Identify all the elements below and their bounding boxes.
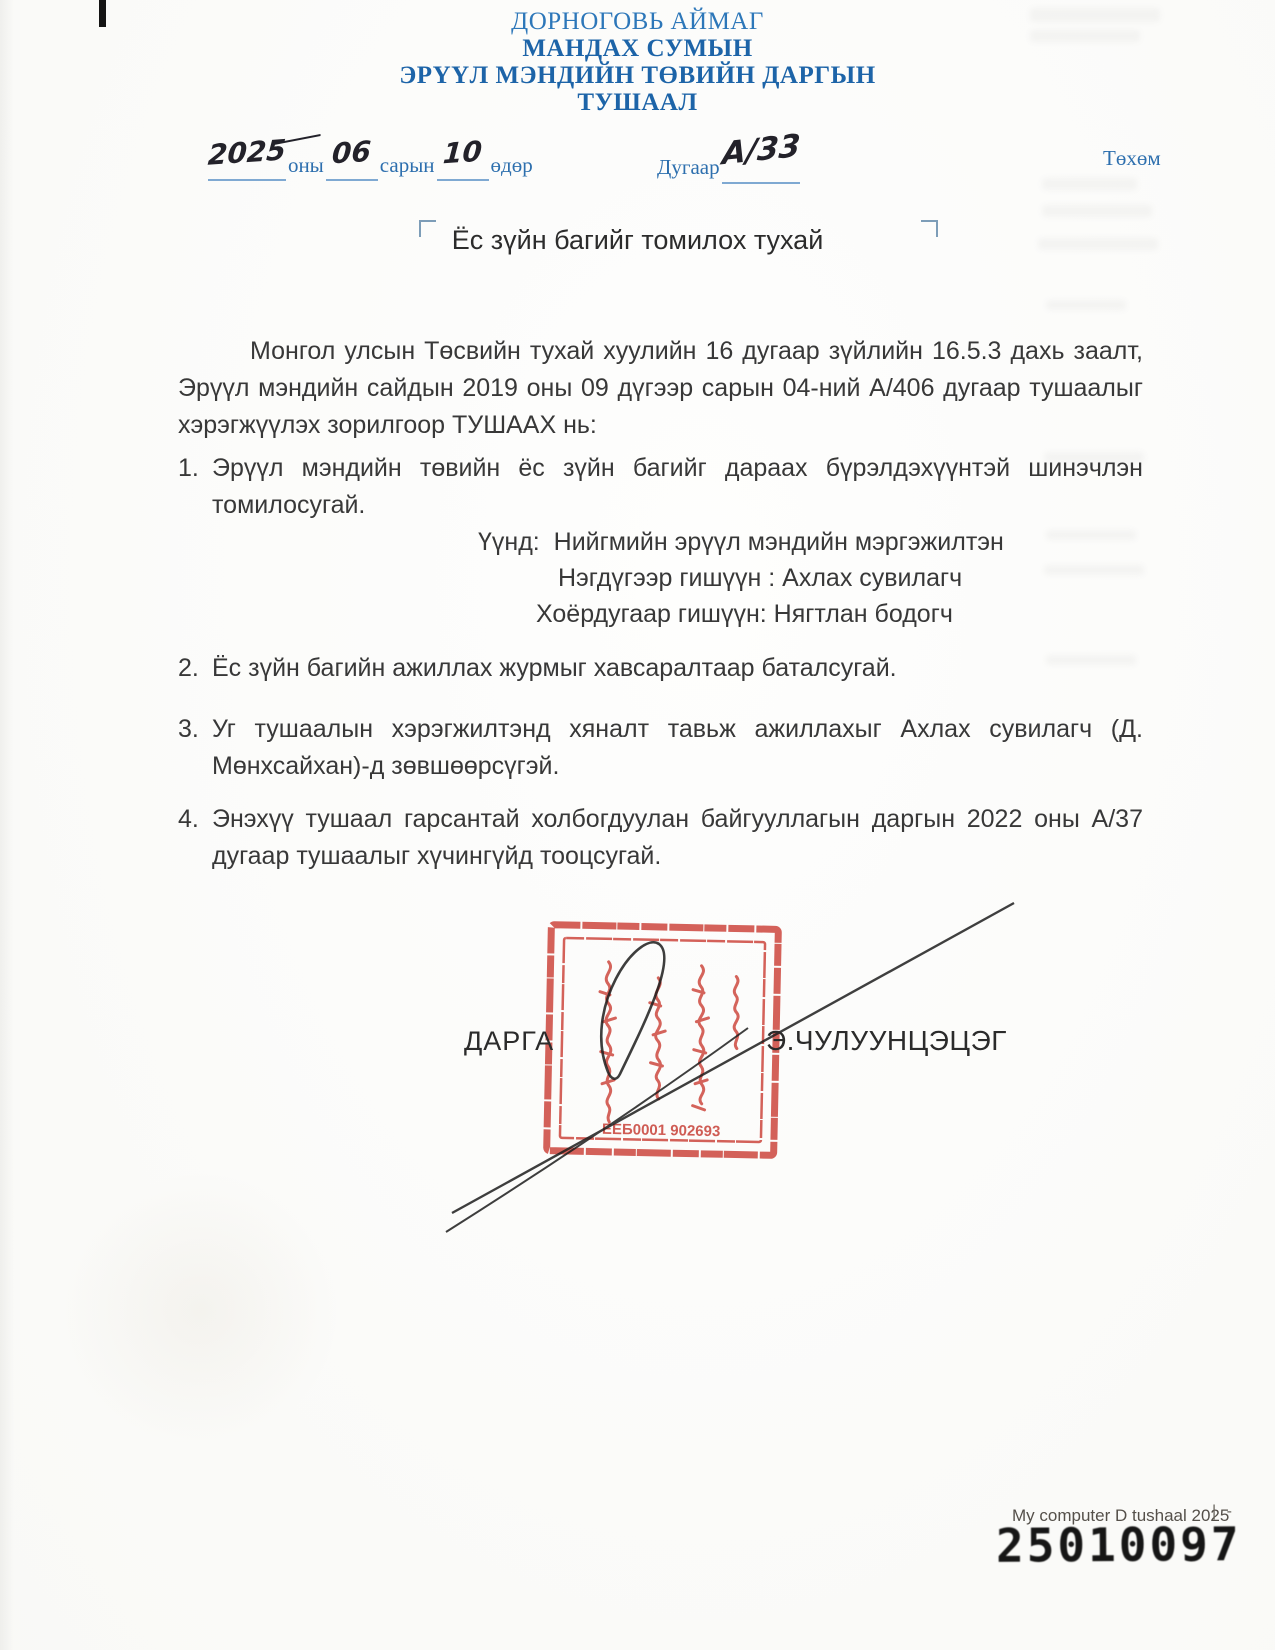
order-item-2: 2. Ёс зүйн багийн ажиллах журмыг хавсара… (178, 650, 1143, 687)
year-handwritten: 2025 (207, 133, 287, 172)
date-fields: 2025 оны 06 сарын 10 өдөр (208, 132, 535, 167)
team-member-line: Үүнд: Нийгмийн эрүүл мэндийн мэргэжилтэн (478, 524, 1143, 560)
number-field-group: Дугаар А/33 (655, 132, 800, 170)
month-handwritten: 06 (331, 135, 372, 171)
item-number: 3. (178, 711, 212, 785)
preamble-paragraph: Монгол улсын Төсвийн тухай хуулийн 16 ду… (178, 333, 1143, 444)
label-dugaar: Дугаар (655, 155, 722, 180)
dugaar-field: А/33 (722, 146, 800, 184)
day-field: 10 (437, 146, 489, 181)
document-header: ДОРНОГОВЬ АЙМАГ МАНДАХ СУМЫН ЭРҮҮЛ МЭНДИ… (0, 8, 1275, 116)
header-aimag: ДОРНОГОВЬ АЙМАГ (0, 8, 1275, 35)
paper-stain (50, 1160, 350, 1460)
dugaar-handwritten: А/33 (721, 128, 802, 173)
stamp-serial: ЕЕБ0001 902693 (602, 1121, 721, 1140)
official-stamp: ЕЕБ0001 902693 (543, 921, 783, 1160)
item-text: Ёс зүйн багийн ажиллах журмыг хавсаралта… (212, 650, 1143, 687)
header-organization: ЭРҮҮЛ МЭНДИЙН ТӨВИЙН ДАРГЫН (0, 62, 1275, 89)
item-number: 4. (178, 801, 212, 875)
label-ony: оны (286, 153, 326, 178)
item-text: Энэхүү тушаал гарсантай холбогдуулан бай… (212, 801, 1143, 875)
document-body: Монгол улсын Төсвийн тухай хуулийн 16 ду… (178, 333, 1143, 875)
header-sum: МАНДАХ СУМЫН (0, 35, 1275, 62)
stamp-graphic: ЕЕБ0001 902693 (543, 921, 783, 1160)
day-handwritten: 10 (442, 135, 483, 171)
label-saryn: сарын (378, 153, 437, 178)
order-item-4: 4. Энэхүү тушаал гарсантай холбогдуулан … (178, 801, 1143, 875)
team-member-line: Хоёрдугаар гишүүн: Нягтлан бодогч (536, 596, 1143, 632)
signature-name: Э.ЧУЛУУНЦЭЦЭГ (766, 1025, 1007, 1057)
dateline: 2025 оны 06 сарын 10 өдөр Дугаар А/33 Тө… (0, 132, 1275, 180)
stamp-script (597, 962, 739, 1125)
order-item-1: 1. Эрүүл мэндийн төвийн ёс зүйн багийг д… (178, 450, 1143, 524)
document-title: Ёс зүйн багийг томилох тухай (0, 225, 1275, 256)
item-number: 1. (178, 450, 212, 524)
item-text: Эрүүл мэндийн төвийн ёс зүйн багийг дара… (212, 450, 1143, 524)
item-number: 2. (178, 650, 212, 687)
item-text: Уг тушаалын хэрэгжилтэнд хяналт тавьж аж… (212, 711, 1143, 785)
label-odor: өдөр (489, 153, 535, 178)
signature-role-label: ДАРГА (464, 1026, 554, 1057)
header-doc-type: ТУШААЛ (0, 89, 1275, 116)
year-field: 2025 (208, 146, 286, 181)
team-member-line: Нэгдүгээр гишүүн : Ахлах сувилагч (558, 560, 1143, 596)
bleed-mark (1046, 300, 1126, 310)
month-field: 06 (326, 146, 378, 181)
bleed-mark (1042, 205, 1152, 217)
registration-number-stamp: 25010097 (996, 1517, 1242, 1573)
place-name: Төхөм (1103, 146, 1161, 171)
scanned-document-page: ДОРНОГОВЬ АЙМАГ МАНДАХ СУМЫН ЭРҮҮЛ МЭНДИ… (0, 0, 1275, 1650)
order-item-3: 3. Уг тушаалын хэрэгжилтэнд хяналт тавьж… (178, 711, 1143, 785)
